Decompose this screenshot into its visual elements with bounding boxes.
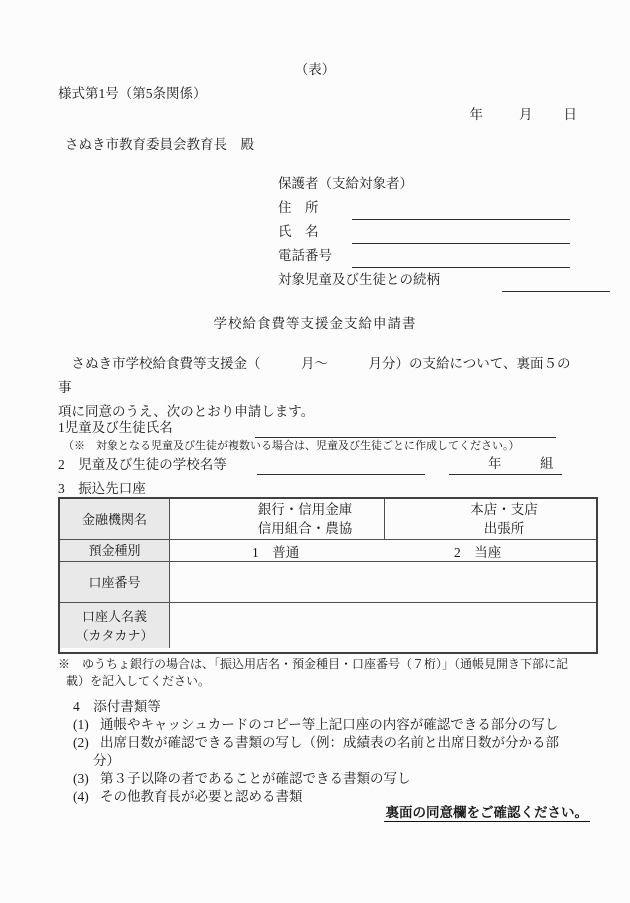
account-table: 金融機関名 銀行・信用金庫 信用組合・農協 本店・支店 出張所 預金種別 1 普… — [58, 497, 598, 654]
branch-type-line2: 出張所 — [412, 519, 596, 538]
account-holder-input-cell[interactable] — [170, 603, 596, 648]
school-name-input-line[interactable] — [257, 459, 425, 475]
attachment-item-2-text: 出席日数が確認できる書類の写し（例：成績表の名前と出席日数が分かる部分） — [93, 735, 559, 768]
item3-bank-account-heading: 3 振込先口座 — [58, 479, 146, 499]
school-name-label: 2 児童及び生徒の学校名等 — [58, 455, 250, 475]
opening-paragraph: さぬき市学校給食費等支援金（ 月～ 月分）の支給について、裏面５の事 項に同意の… — [58, 352, 578, 424]
attachment-item-2-num: (2) — [73, 734, 100, 752]
deposit-type-cell: 1 普通 2 当座 — [170, 540, 596, 561]
attachment-item-3-num: (3) — [73, 770, 100, 788]
branch-type-line1: 本店・支店 — [412, 500, 596, 519]
attachment-item-4-num: (4) — [73, 788, 100, 806]
guardian-field-name: 氏 名 — [278, 220, 610, 244]
phone-label: 電話番号 — [278, 244, 352, 268]
opening-line-1: さぬき市学校給食費等支援金（ 月～ 月分）の支給について、裏面５の事 — [58, 352, 578, 400]
guardian-heading: 保護者（支給対象者） — [278, 172, 610, 196]
addressee: さぬき市教育委員会教育長 殿 — [65, 135, 254, 155]
account-holder-header-line1: 口座人名義 — [82, 607, 147, 626]
account-number-header: 口座番号 — [60, 562, 170, 602]
attachments-list: (1)通帳やキャッシュカードのコピー等上記口座の内容が確認できる部分の写し (2… — [73, 716, 565, 806]
account-holder-row: 口座人名義 （カタカナ） — [60, 602, 596, 648]
account-number-row: 口座番号 — [60, 561, 596, 602]
deposit-type-row: 預金種別 1 普通 2 当座 — [60, 539, 596, 561]
institution-type-line2: 信用組合・農協 — [226, 519, 384, 538]
branch-type-cell[interactable]: 本店・支店 出張所 — [385, 499, 596, 539]
attachment-item-1: (1)通帳やキャッシュカードのコピー等上記口座の内容が確認できる部分の写し — [73, 716, 565, 734]
footer-note: 裏面の同意欄をご確認ください。 — [384, 804, 591, 822]
relationship-label: 対象児童及び生徒との続柄 — [278, 268, 470, 292]
deposit-option-current[interactable]: 2 当座 — [454, 541, 501, 561]
relationship-input-line[interactable] — [502, 276, 610, 292]
name-label: 氏 名 — [278, 220, 352, 244]
page-side-label: （表） — [0, 60, 630, 80]
attachments-heading: 4 添付書類等 — [73, 698, 161, 716]
financial-institution-header: 金融機関名 — [60, 499, 170, 539]
account-holder-header-line2: （カタカナ） — [75, 626, 153, 645]
institution-type-cell[interactable]: 銀行・信用金庫 信用組合・農協 — [170, 499, 385, 539]
deposit-type-header: 預金種別 — [60, 540, 170, 561]
yucho-note-line2: 載）を記入してください。 — [58, 673, 598, 690]
form-number: 様式第1号（第5条関係） — [58, 84, 207, 104]
attachment-item-2: (2)出席日数が確認できる書類の写し（例：成績表の名前と出席日数が分かる部分） — [73, 734, 565, 770]
student-name-label: 1児童及び生徒氏名 — [58, 418, 255, 438]
yucho-bank-note: ※ ゆうちょ銀行の場合は、「振込用店名・預金種目・口座番号（７桁）」（通帳見開き… — [58, 656, 598, 689]
guardian-field-address: 住 所 — [278, 196, 610, 220]
financial-institution-row: 金融機関名 銀行・信用金庫 信用組合・農協 本店・支店 出張所 — [60, 499, 596, 539]
guardian-field-relationship: 対象児童及び生徒との続柄 — [278, 268, 610, 292]
yucho-note-line1: ※ ゆうちょ銀行の場合は、「振込用店名・預金種目・口座番号（７桁）」（通帳見開き… — [58, 656, 598, 673]
account-number-input-cell[interactable] — [170, 562, 596, 602]
footer-note-text: 裏面の同意欄をご確認ください。 — [384, 805, 591, 822]
class-label: 組 — [540, 454, 554, 474]
guardian-field-phone: 電話番号 — [278, 244, 610, 268]
address-input-line[interactable] — [352, 204, 570, 220]
date-line: 年月日 — [470, 105, 578, 125]
form-title: 学校給食費等支援金支給申請書 — [0, 313, 630, 335]
attachment-item-4-text: その他教育長が必要と認める書類 — [100, 789, 303, 804]
deposit-option-ordinary[interactable]: 1 普通 — [252, 541, 299, 561]
account-holder-header: 口座人名義 （カタカナ） — [60, 603, 170, 648]
address-label: 住 所 — [278, 196, 352, 220]
attachment-item-1-text: 通帳やキャッシュカードのコピー等上記口座の内容が確認できる部分の写し — [100, 717, 558, 732]
grade-class-input-line[interactable]: 年組 — [449, 459, 562, 475]
attachment-item-3-text: 第３子以降の者であることが確認できる書類の写し — [100, 771, 411, 786]
item1-student-name-row: 1児童及び生徒氏名 — [58, 418, 556, 438]
attachment-item-3: (3)第３子以降の者であることが確認できる書類の写し — [73, 770, 565, 788]
grade-year-label: 年 — [488, 454, 502, 474]
institution-type-line1: 銀行・信用金庫 — [226, 500, 384, 519]
guardian-section: 保護者（支給対象者） 住 所 氏 名 電話番号 対象児童及び生徒との続柄 — [278, 172, 610, 292]
item2-school-row: 2 児童及び生徒の学校名等年組 — [58, 455, 562, 475]
date-year-label: 年 — [470, 105, 484, 125]
name-input-line[interactable] — [352, 228, 570, 244]
application-form-page: （表） 様式第1号（第5条関係） 年月日 さぬき市教育委員会教育長 殿 保護者（… — [0, 0, 630, 903]
item1-note: （※ 対象となる児童及び生徒が複数いる場合は、児童及び生徒ごとに作成してください… — [63, 439, 520, 453]
date-day-label: 日 — [564, 105, 578, 125]
phone-input-line[interactable] — [352, 252, 570, 268]
date-month-label: 月 — [519, 105, 533, 125]
attachment-item-1-num: (1) — [73, 716, 100, 734]
student-name-input-line[interactable] — [255, 422, 556, 438]
